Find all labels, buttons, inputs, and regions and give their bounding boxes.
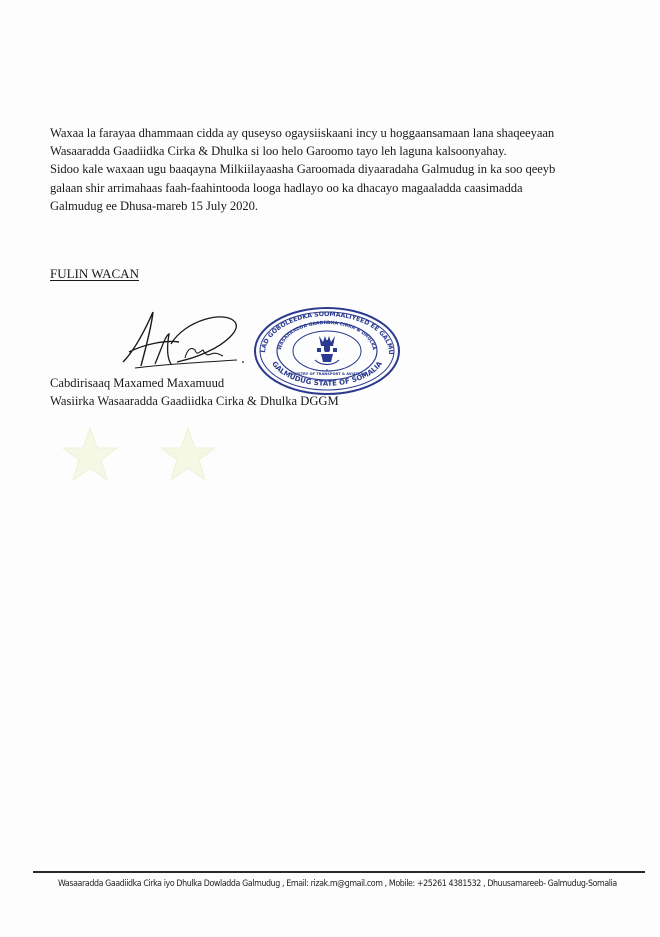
document-page: Waxaa la farayaa dhammaan cidda ay qusey…	[0, 0, 660, 937]
body-line: Galmudug ee Dhusa-mareb 15 July 2020.	[50, 197, 620, 215]
body-line: galaan shir arrimahaas faah-faahintooda …	[50, 179, 620, 197]
footer-divider	[33, 871, 645, 873]
signature-icon	[115, 300, 275, 380]
body-line: Wasaaradda Gaadiidka Cirka & Dhulka si l…	[50, 142, 620, 160]
closing-salutation: FULIN WACAN	[50, 266, 139, 282]
signer-block: Cabdirisaaq Maxamed Maxamuud Wasiirka Wa…	[50, 374, 339, 410]
signer-title: Wasiirka Wasaaradda Gaadiidka Cirka & Dh…	[50, 392, 339, 410]
body-line: Sidoo kale waxaan ugu baaqayna Milkiilay…	[50, 160, 620, 178]
watermark-stars-icon	[55, 420, 235, 490]
body-line: Waxaa la farayaa dhammaan cidda ay qusey…	[50, 124, 620, 142]
letter-body: Waxaa la farayaa dhammaan cidda ay qusey…	[50, 124, 620, 215]
footer-contact-info: Wasaaradda Gaadiidka Cirka iyo Dhulka Do…	[58, 878, 617, 889]
signer-name: Cabdirisaaq Maxamed Maxamuud	[50, 374, 339, 392]
